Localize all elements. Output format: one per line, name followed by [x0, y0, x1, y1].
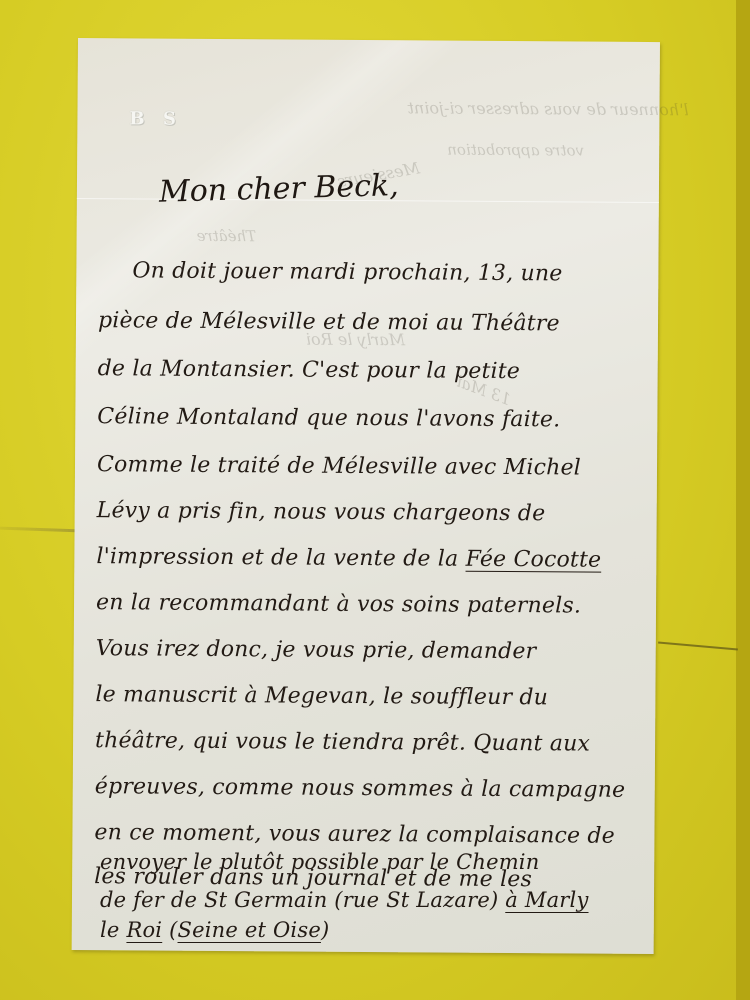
department-underlined: Seine et Oise — [178, 918, 321, 942]
bleed-through-text: Théâtre — [197, 227, 257, 245]
letter-line: Vous irez donc, je vous prie, demander — [96, 636, 537, 664]
letter-text: l'impression et de la vente de la — [96, 544, 458, 572]
embossed-monogram: B S — [129, 108, 182, 129]
letter-line: épreuves, comme nous sommes à la campagn… — [95, 774, 626, 803]
letter-text: de fer de St Germain (rue St Lazare) — [100, 888, 498, 912]
paren-open: ( — [169, 918, 177, 942]
letter-line: envoyer le plutôt possible par le Chemin — [100, 850, 539, 874]
bleed-through-text: l'honneur de vous adresser ci-joint — [407, 98, 688, 119]
letter-line: Comme le traité de Mélesville avec Miche… — [97, 452, 581, 480]
letter-sheet: B S l'honneur de vous adresser ci-joint … — [72, 38, 660, 954]
letter-line: Lévy a pris fin, nous vous chargeons de — [97, 498, 546, 526]
bleed-through-text: votre approbation — [447, 141, 584, 160]
letter-line: en ce moment, vous aurez la complaisance… — [94, 820, 615, 849]
letter-line: pièce de Mélesville et de moi au Théâtre — [98, 308, 560, 336]
letter-line: de fer de St Germain (rue St Lazare) à M… — [100, 888, 589, 912]
letter-line: On doit jouer mardi prochain, 13, une — [132, 258, 562, 286]
letter-line: le manuscrit à Megevan, le souffleur du — [95, 682, 548, 710]
letter-line: en la recommandant à vos soins paternels… — [96, 590, 581, 618]
destination-underlined: à Marly — [505, 888, 588, 912]
paren-close: ) — [321, 918, 329, 942]
letter-line: le Roi (Seine et Oise) — [100, 918, 329, 942]
letter-line: théâtre, qui vous le tiendra prêt. Quant… — [95, 728, 590, 756]
background-edge-strip — [736, 0, 750, 1000]
salutation: Mon cher Beck, — [159, 168, 400, 210]
play-title-underlined: Fée Cocotte — [466, 547, 602, 573]
letter-line: Céline Montaland que nous l'avons faite. — [97, 404, 560, 432]
letter-text: le — [100, 918, 120, 942]
letter-line: de la Montansier. C'est pour la petite — [98, 356, 521, 384]
destination-underlined: Roi — [126, 918, 162, 942]
letter-line: l'impression et de la vente de la Fée Co… — [96, 544, 601, 573]
